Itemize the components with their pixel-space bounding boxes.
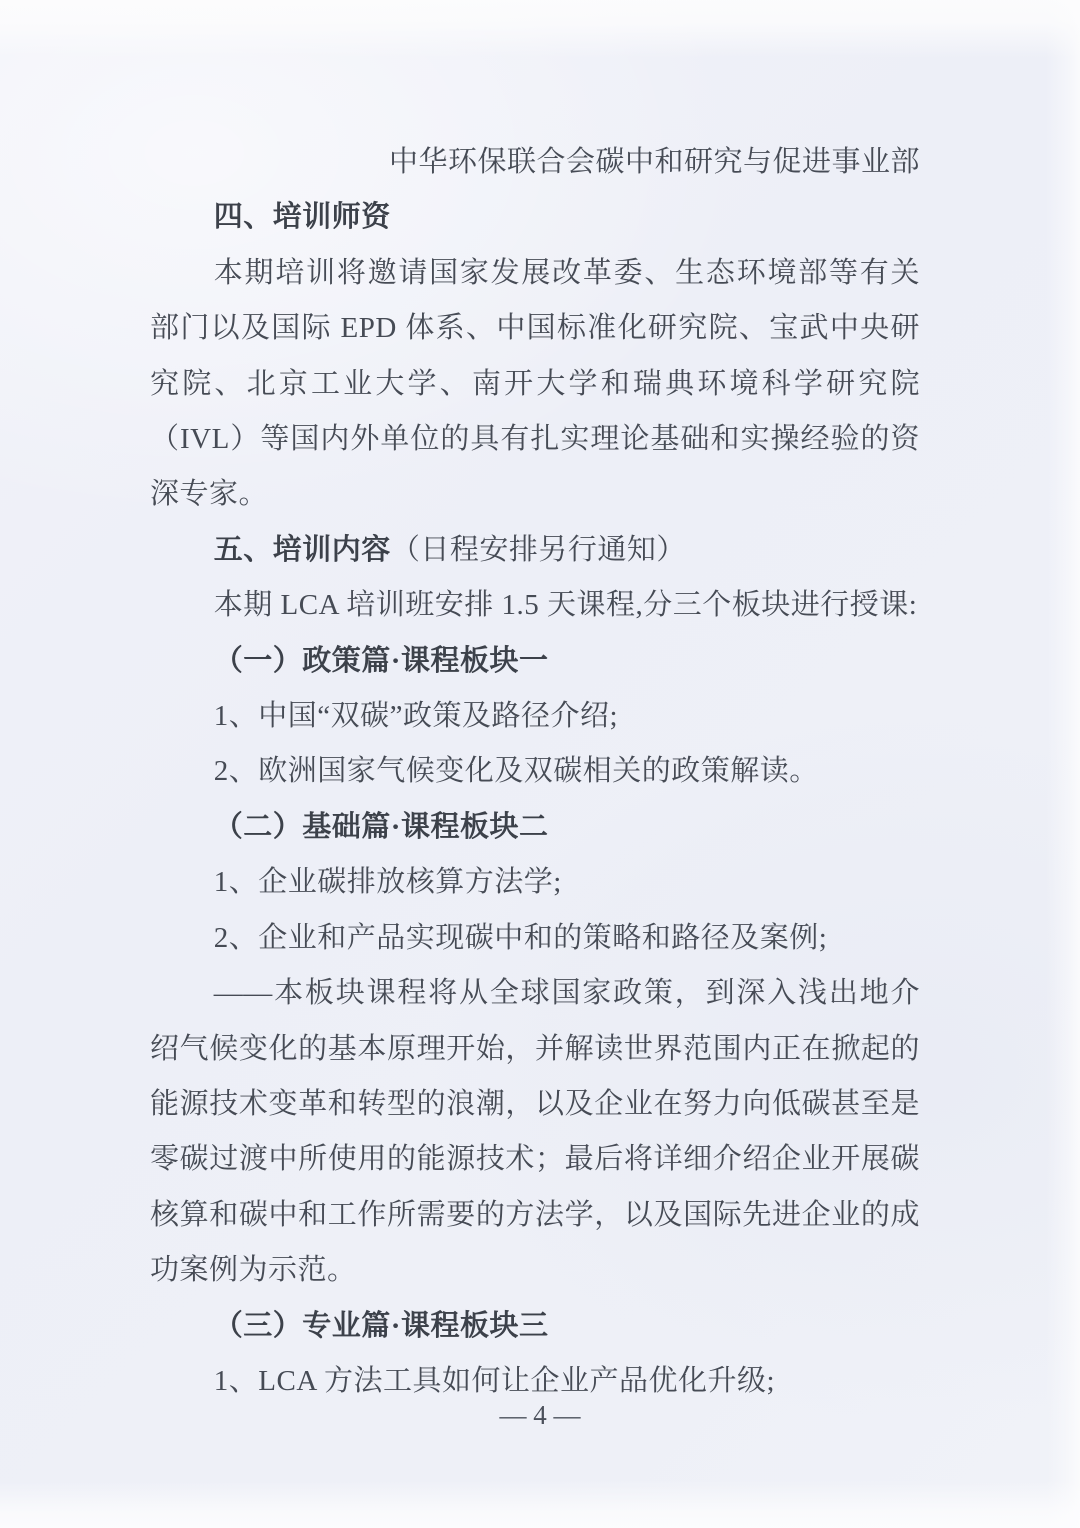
- scanned-document-page: 中华环保联合会碳中和研究与促进事业部 四、培训师资 本期培训将邀请国家发展改革委…: [0, 0, 1080, 1528]
- module1-heading: （一）政策篇·课程板块一: [150, 634, 920, 689]
- module2-item-1: 1、企业碳排放核算方法学;: [150, 855, 920, 910]
- section5-heading: 五、培训内容（日程安排另行通知）: [150, 523, 920, 578]
- module1-item-1: 1、中国“双碳”政策及路径介绍;: [150, 689, 920, 744]
- section5-intro: 本期 LCA 培训班安排 1.5 天课程,分三个板块进行授课:: [150, 578, 920, 633]
- section4-heading: 四、培训师资: [150, 190, 920, 245]
- section5-heading-title: 五、培训内容: [214, 534, 391, 566]
- page-number: — 4 —: [0, 1400, 1080, 1431]
- section4-paragraph: 本期培训将邀请国家发展改革委、生态环境部等有关部门以及国际 EPD 体系、中国标…: [150, 246, 920, 523]
- module3-heading: （三）专业篇·课程板块三: [150, 1299, 920, 1354]
- module1-item-2: 2、欧洲国家气候变化及双碳相关的政策解读。: [150, 744, 920, 799]
- module2-description: ——本板块课程将从全球国家政策，到深入浅出地介绍气候变化的基本原理开始，并解读世…: [150, 966, 920, 1298]
- module2-item-2: 2、企业和产品实现碳中和的策略和路径及案例;: [150, 911, 920, 966]
- section5-heading-note: （日程安排另行通知）: [391, 534, 686, 566]
- module2-heading: （二）基础篇·课程板块二: [150, 800, 920, 855]
- document-body: 中华环保联合会碳中和研究与促进事业部 四、培训师资 本期培训将邀请国家发展改革委…: [150, 135, 920, 1409]
- issuing-department: 中华环保联合会碳中和研究与促进事业部: [150, 135, 920, 190]
